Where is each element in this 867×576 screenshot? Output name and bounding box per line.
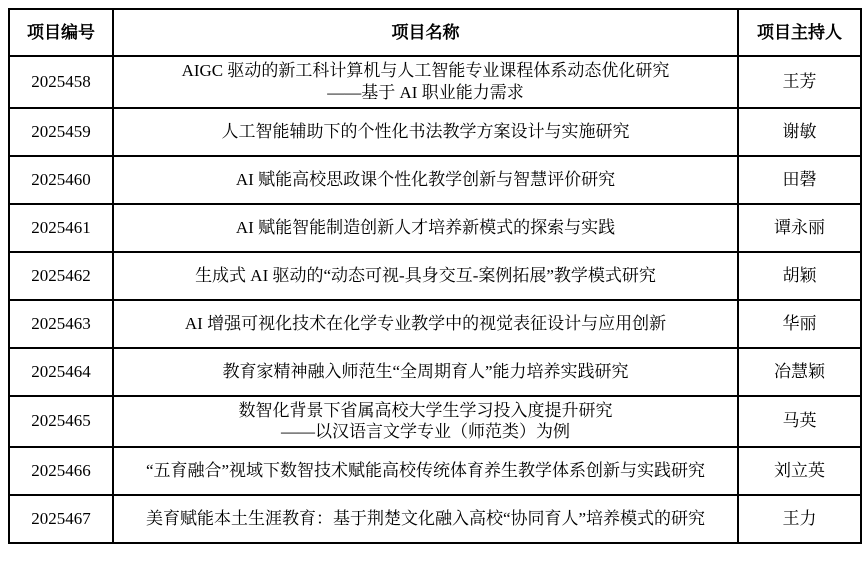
project-leader-cell: 刘立英 <box>738 447 861 495</box>
table-row: 2025461 AI 赋能智能制造创新人才培养新模式的探索与实践 谭永丽 <box>9 204 861 252</box>
project-id-cell: 2025463 <box>9 300 113 348</box>
project-id-cell: 2025459 <box>9 108 113 156</box>
project-leader-cell: 谢敏 <box>738 108 861 156</box>
project-leader-cell: 王力 <box>738 495 861 543</box>
project-id-cell: 2025462 <box>9 252 113 300</box>
document-page: 项目编号 项目名称 项目主持人 2025458 AIGC 驱动的新工科计算机与人… <box>0 0 867 576</box>
project-id-cell: 2025461 <box>9 204 113 252</box>
project-leader-cell: 胡颖 <box>738 252 861 300</box>
project-leader-cell: 华丽 <box>738 300 861 348</box>
project-name-cell: AI 赋能高校思政课个性化教学创新与智慧评价研究 <box>113 156 738 204</box>
project-id-cell: 2025467 <box>9 495 113 543</box>
project-id-cell: 2025464 <box>9 348 113 396</box>
project-name-cell: AI 增强可视化技术在化学专业教学中的视觉表征设计与应用创新 <box>113 300 738 348</box>
project-leader-cell: 田磬 <box>738 156 861 204</box>
table-row: 2025467 美育赋能本土生涯教育：基于荆楚文化融入高校“协同育人”培养模式的… <box>9 495 861 543</box>
table-row: 2025464 教育家精神融入师范生“全周期育人”能力培养实践研究 冶慧颖 <box>9 348 861 396</box>
table-row: 2025465 数智化背景下省属高校大学生学习投入度提升研究 ——以汉语言文学专… <box>9 396 861 448</box>
project-leader-cell: 冶慧颖 <box>738 348 861 396</box>
project-name-cell: 人工智能辅助下的个性化书法教学方案设计与实施研究 <box>113 108 738 156</box>
project-id-cell: 2025465 <box>9 396 113 448</box>
project-name-cell: AIGC 驱动的新工科计算机与人工智能专业课程体系动态优化研究 ——基于 AI … <box>113 56 738 108</box>
project-name-cell: 美育赋能本土生涯教育：基于荆楚文化融入高校“协同育人”培养模式的研究 <box>113 495 738 543</box>
table-row: 2025460 AI 赋能高校思政课个性化教学创新与智慧评价研究 田磬 <box>9 156 861 204</box>
project-id-cell: 2025466 <box>9 447 113 495</box>
table-row: 2025463 AI 增强可视化技术在化学专业教学中的视觉表征设计与应用创新 华… <box>9 300 861 348</box>
table-row: 2025459 人工智能辅助下的个性化书法教学方案设计与实施研究 谢敏 <box>9 108 861 156</box>
project-id-cell: 2025460 <box>9 156 113 204</box>
project-leader-cell: 王芳 <box>738 56 861 108</box>
column-header-project-id: 项目编号 <box>9 9 113 56</box>
project-name-cell: 数智化背景下省属高校大学生学习投入度提升研究 ——以汉语言文学专业（师范类）为例 <box>113 396 738 448</box>
column-header-project-name: 项目名称 <box>113 9 738 56</box>
project-leader-cell: 马英 <box>738 396 861 448</box>
project-name-cell: “五育融合”视域下数智技术赋能高校传统体育养生教学体系创新与实践研究 <box>113 447 738 495</box>
project-leader-cell: 谭永丽 <box>738 204 861 252</box>
project-name-cell: 生成式 AI 驱动的“动态可视-具身交互-案例拓展”教学模式研究 <box>113 252 738 300</box>
table-row: 2025458 AIGC 驱动的新工科计算机与人工智能专业课程体系动态优化研究 … <box>9 56 861 108</box>
project-id-cell: 2025458 <box>9 56 113 108</box>
header-row: 项目编号 项目名称 项目主持人 <box>9 9 861 56</box>
project-name-cell: 教育家精神融入师范生“全周期育人”能力培养实践研究 <box>113 348 738 396</box>
table-row: 2025466 “五育融合”视域下数智技术赋能高校传统体育养生教学体系创新与实践… <box>9 447 861 495</box>
project-table: 项目编号 项目名称 项目主持人 2025458 AIGC 驱动的新工科计算机与人… <box>8 8 862 544</box>
table-row: 2025462 生成式 AI 驱动的“动态可视-具身交互-案例拓展”教学模式研究… <box>9 252 861 300</box>
project-name-cell: AI 赋能智能制造创新人才培养新模式的探索与实践 <box>113 204 738 252</box>
column-header-project-leader: 项目主持人 <box>738 9 861 56</box>
